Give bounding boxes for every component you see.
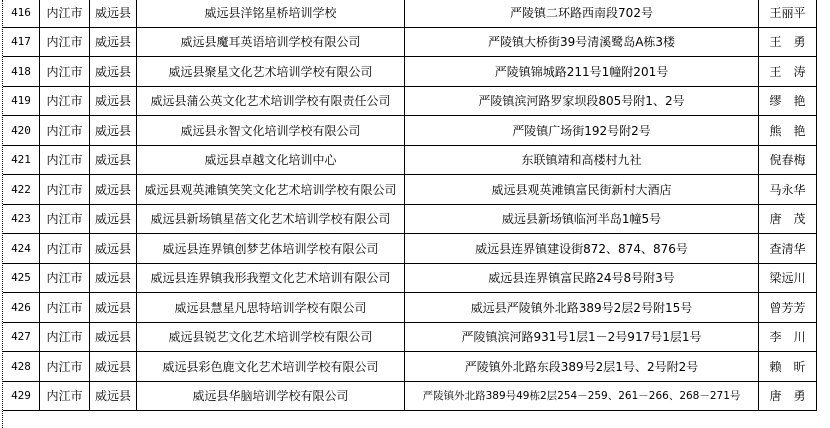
cell-person-in-charge: 查清华 [759,234,817,264]
cell-address: 严陵镇外北路389号49栋2层254－259、261－266、268－271号 [405,381,759,411]
cell-address: 威远县严陵镇外北路389号2层2号附15号 [405,293,759,323]
cell-person-in-charge: 唐 勇 [759,381,817,411]
cell-address: 严陵镇广场街192号附2号 [405,116,759,146]
cell-school-name: 威远县永智文化培训学校有限公司 [137,116,405,146]
cell-county: 威远县 [90,234,137,264]
cell-school-name: 威远县华脑培训学校有限公司 [137,381,405,411]
cell-number: 427 [3,322,40,352]
cell-city: 内江市 [40,234,90,264]
cell-person-in-charge: 王 涛 [759,57,817,87]
cell-county: 威远县 [90,263,137,293]
cell-county: 威远县 [90,204,137,234]
cell-person-in-charge: 赖 昕 [759,352,817,382]
cell-address: 威远县连界镇建设街872、874、876号 [405,234,759,264]
table-row: 425 内江市 威远县 威远县连界镇我形我塑文化艺术培训有限公司 威远县连界镇富… [3,263,817,293]
cell-person-in-charge: 王丽平 [759,0,817,27]
cell-school-name: 威远县新场镇星蓓文化艺术培训学校有限公司 [137,204,405,234]
table-row: 419 内江市 威远县 威远县蒲公英文化艺术培训学校有限责任公司 严陵镇滨河路罗… [3,86,817,116]
cell-number: 424 [3,234,40,264]
table-row: 418 内江市 威远县 威远县聚星文化艺术培训学校有限公司 严陵镇锦城路211号… [3,57,817,87]
cell-city: 内江市 [40,27,90,57]
cell-school-name: 威远县慧星凡思特培训学校有限公司 [137,293,405,323]
training-schools-table: 416 内江市 威远县 威远县洋铭星桥培训学校 严陵镇二环路西南段702号 王丽… [3,0,817,411]
cell-number: 420 [3,116,40,146]
table-row: 424 内江市 威远县 威远县连界镇创梦艺体培训学校有限公司 威远县连界镇建设街… [3,234,817,264]
cell-person-in-charge: 倪春梅 [759,145,817,175]
cell-school-name: 威远县彩色鹿文化艺术培训学校有限公司 [137,352,405,382]
cell-county: 威远县 [90,381,137,411]
cell-address: 严陵镇二环路西南段702号 [405,0,759,27]
cell-school-name: 威远县蒲公英文化艺术培训学校有限责任公司 [137,86,405,116]
cell-county: 威远县 [90,293,137,323]
cell-person-in-charge: 李 川 [759,322,817,352]
cell-person-in-charge: 唐 茂 [759,204,817,234]
cell-city: 内江市 [40,352,90,382]
cell-county: 威远县 [90,116,137,146]
cell-city: 内江市 [40,145,90,175]
table-row: 422 内江市 威远县 威远县观英滩镇笑笑文化艺术培训学校有限公司 威远县观英滩… [3,175,817,205]
cell-address: 严陵镇外北路东段389号2层1号、2号附2号 [405,352,759,382]
cell-county: 威远县 [90,145,137,175]
cell-number: 428 [3,352,40,382]
cell-school-name: 威远县洋铭星桥培训学校 [137,0,405,27]
cell-city: 内江市 [40,293,90,323]
cell-county: 威远县 [90,27,137,57]
table-row: 426 内江市 威远县 威远县慧星凡思特培训学校有限公司 威远县严陵镇外北路38… [3,293,817,323]
table-row: 428 内江市 威远县 威远县彩色鹿文化艺术培训学校有限公司 严陵镇外北路东段3… [3,352,817,382]
cell-number: 423 [3,204,40,234]
table-row: 421 内江市 威远县 威远县卓越文化培训中心 东联镇靖和高楼村九社 倪春梅 [3,145,817,175]
cell-school-name: 威远县连界镇创梦艺体培训学校有限公司 [137,234,405,264]
cell-address: 威远县观英滩镇富民街新村大酒店 [405,175,759,205]
cell-address: 严陵镇滨河路931号1层1－2号917号1层1号 [405,322,759,352]
cell-number: 418 [3,57,40,87]
cell-school-name: 威远县连界镇我形我塑文化艺术培训有限公司 [137,263,405,293]
cell-number: 421 [3,145,40,175]
cell-county: 威远县 [90,0,137,27]
cell-number: 426 [3,293,40,323]
cell-person-in-charge: 梁远川 [759,263,817,293]
cell-school-name: 威远县锐艺文化艺术培训学校有限公司 [137,322,405,352]
cell-city: 内江市 [40,263,90,293]
cell-address: 严陵镇滨河路罗家坝段805号附1、2号 [405,86,759,116]
cell-address: 严陵镇锦城路211号1幢附201号 [405,57,759,87]
cell-address: 东联镇靖和高楼村九社 [405,145,759,175]
cell-address: 严陵镇大桥街39号清溪鹭岛A栋3楼 [405,27,759,57]
cell-county: 威远县 [90,175,137,205]
cell-county: 威远县 [90,86,137,116]
cell-number: 429 [3,381,40,411]
cell-county: 威远县 [90,57,137,87]
table-row: 420 内江市 威远县 威远县永智文化培训学校有限公司 严陵镇广场街192号附2… [3,116,817,146]
table-row: 416 内江市 威远县 威远县洋铭星桥培训学校 严陵镇二环路西南段702号 王丽… [3,0,817,27]
cell-number: 417 [3,27,40,57]
cell-number: 416 [3,0,40,27]
cell-city: 内江市 [40,175,90,205]
cell-number: 422 [3,175,40,205]
cell-person-in-charge: 缪 艳 [759,86,817,116]
cell-address: 威远县新场镇临河半岛1幢5号 [405,204,759,234]
cell-person-in-charge: 王 勇 [759,27,817,57]
cell-city: 内江市 [40,381,90,411]
cell-person-in-charge: 马永华 [759,175,817,205]
cell-number: 425 [3,263,40,293]
cell-address: 威远县连界镇富民路24号8号附3号 [405,263,759,293]
cell-school-name: 威远县观英滩镇笑笑文化艺术培训学校有限公司 [137,175,405,205]
cell-city: 内江市 [40,322,90,352]
cell-city: 内江市 [40,0,90,27]
cell-city: 内江市 [40,204,90,234]
table-row: 423 内江市 威远县 威远县新场镇星蓓文化艺术培训学校有限公司 威远县新场镇临… [3,204,817,234]
cell-county: 威远县 [90,322,137,352]
cell-school-name: 威远县卓越文化培训中心 [137,145,405,175]
cell-person-in-charge: 曾芳芳 [759,293,817,323]
table-row: 429 内江市 威远县 威远县华脑培训学校有限公司 严陵镇外北路389号49栋2… [3,381,817,411]
cell-city: 内江市 [40,86,90,116]
cell-school-name: 威远县魔耳英语培训学校有限公司 [137,27,405,57]
cell-number: 419 [3,86,40,116]
table-row: 417 内江市 威远县 威远县魔耳英语培训学校有限公司 严陵镇大桥街39号清溪鹭… [3,27,817,57]
cell-person-in-charge: 熊 艳 [759,116,817,146]
cell-county: 威远县 [90,352,137,382]
cell-city: 内江市 [40,116,90,146]
cell-school-name: 威远县聚星文化艺术培训学校有限公司 [137,57,405,87]
table-row: 427 内江市 威远县 威远县锐艺文化艺术培训学校有限公司 严陵镇滨河路931号… [3,322,817,352]
cell-city: 内江市 [40,57,90,87]
